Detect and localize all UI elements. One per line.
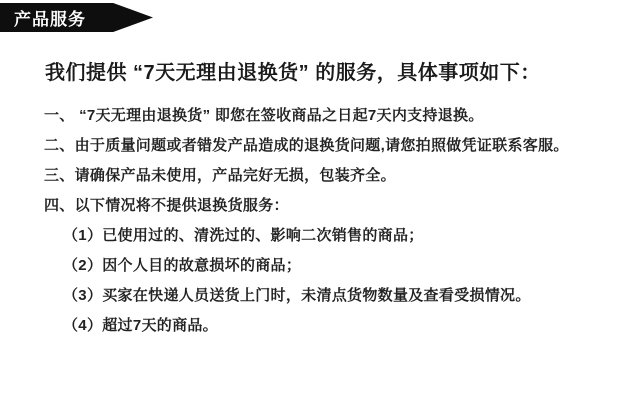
page-title: 我们提供 “7天无理由退换货” 的服务，具体事项如下： [45, 58, 541, 88]
policy-subitem-3: （3）买家在快递人员送货上门时，未清点货物数量及查看受损情况。 [44, 281, 569, 311]
policy-subitem-4: （4）超过7天的商品。 [44, 311, 569, 341]
policy-item-1: 一、 “7天无理由退换货” 即您在签收商品之日起7天内支持退换。 [44, 101, 569, 131]
policy-item-2: 二、由于质量问题或者错发产品造成的退换货问题,请您拍照做凭证联系客服。 [44, 131, 569, 161]
policy-subitem-2: （2）因个人目的故意损坏的商品； [44, 251, 569, 281]
policy-item-4: 四、以下情况将不提供退换货服务： [44, 191, 569, 221]
section-banner: 产品服务 [0, 3, 153, 32]
product-service-page: 产品服务 我们提供 “7天无理由退换货” 的服务，具体事项如下： 一、 “7天无… [0, 0, 620, 404]
section-banner-label: 产品服务 [0, 5, 86, 30]
policy-list: 一、 “7天无理由退换货” 即您在签收商品之日起7天内支持退换。 二、由于质量问… [44, 101, 569, 341]
policy-subitem-1: （1）已使用过的、清洗过的、影响二次销售的商品； [44, 221, 569, 251]
policy-item-3: 三、请确保产品未使用，产品完好无损，包装齐全。 [44, 161, 569, 191]
